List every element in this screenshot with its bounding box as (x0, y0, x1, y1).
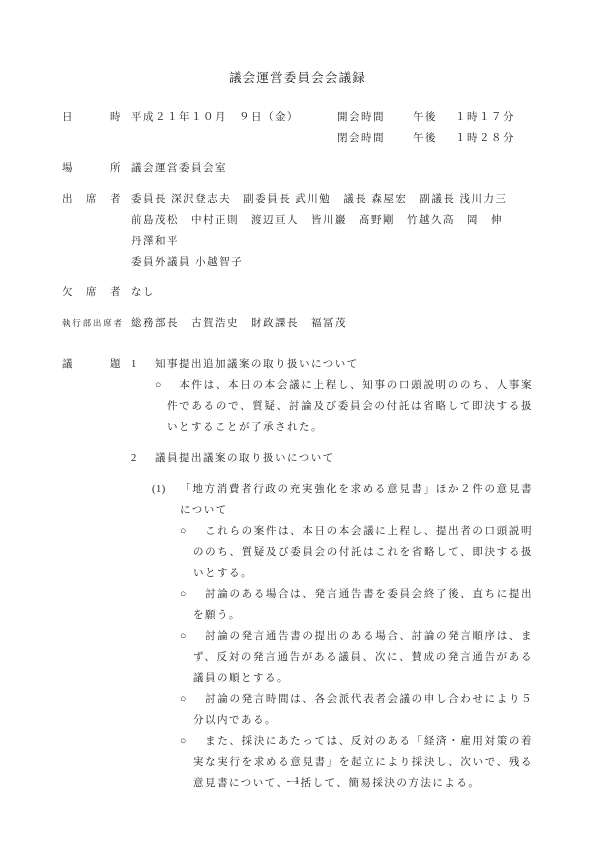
subitem-bullet: ○討論の発言時間は、各会派代表者会議の申し合わせにより５分以内である。 (180, 689, 533, 731)
open-time-label: 開会時間 (337, 107, 385, 128)
executives-label: 執行部出席者 (62, 313, 122, 334)
spacer (131, 438, 533, 448)
bullet-text: 本件は、本日の本会議に上程し、知事の口頭説明ののち、人事案件であるので、質疑、討… (167, 380, 533, 433)
agenda-item-2: 2 議員提出議案の取り扱いについて (1)「地方消費者行政の充実強化を求める意見… (131, 448, 533, 794)
subitem-bullet: ○討論の発言通告書の提出のある場合、討論の発言順序は、まず、反対の発言通告がある… (180, 626, 533, 689)
document-title: 議会運営委員会会議録 (62, 68, 533, 89)
agenda-item-1-head: 1 知事提出追加議案の取り扱いについて (131, 354, 533, 375)
datetime-label: 日時 (62, 107, 122, 128)
close-time-label: 閉会時間 (337, 128, 385, 149)
spacer (131, 469, 533, 479)
agenda-content: 1 知事提出追加議案の取り扱いについて ○本件は、本日の本会議に上程し、知事の口… (131, 354, 533, 794)
page-number: - 1 - (0, 776, 595, 787)
place-value: 議会運営委員会室 (131, 158, 533, 179)
agenda-item-1-bullet: ○本件は、本日の本会議に上程し、知事の口頭説明ののち、人事案件であるので、質疑、… (155, 375, 533, 438)
executives-row: 執行部出席者 総務部長 古賀浩史 財政課長 福冨茂 (62, 313, 533, 334)
document-page: 議会運営委員会会議録 日時 平成２１年１０月 ９日（金） 開会時間 午後 １時１… (0, 0, 595, 842)
circle-bullet-icon: ○ (180, 521, 205, 542)
agenda-item-2-head: 2 議員提出議案の取り扱いについて (131, 448, 533, 469)
absentees-row: 欠席者 なし (62, 282, 533, 303)
attendees-row: 出席者 委員長 深沢登志夫 副委員長 武川勉 議長 森屋宏 副議長 浅川力三 前… (62, 189, 533, 273)
datetime-row: 日時 平成２１年１０月 ９日（金） 開会時間 午後 １時１７分 閉会時間 午後 … (62, 107, 533, 149)
bullet-text: 討論のある場合は、発言通告書を委員会終了後、直ちに提出を願う。 (193, 589, 533, 621)
circle-bullet-icon: ○ (180, 731, 205, 752)
attendees-line: 委員長 深沢登志夫 副委員長 武川勉 議長 森屋宏 副議長 浅川力三 (131, 189, 533, 210)
datetime-line: 平成２１年１０月 ９日（金） 開会時間 午後 １時１７分 閉会時間 午後 １時２… (131, 107, 533, 149)
attendees-line: 丹澤和平 (131, 231, 533, 252)
agenda-subitem-1-head: (1)「地方消費者行政の充実強化を求める意見書」ほか２件の意見書について (152, 479, 533, 521)
meeting-date: 平成２１年１０月 ９日（金） (131, 107, 337, 149)
agenda-subitem-1: (1)「地方消費者行政の充実強化を求める意見書」ほか２件の意見書について ○これ… (131, 479, 533, 794)
bullet-text: 討論の発言通告書の提出のある場合、討論の発言順序は、まず、反対の発言通告がある議… (193, 631, 533, 684)
absentees-label: 欠席者 (62, 282, 122, 303)
circle-bullet-icon: ○ (180, 689, 205, 710)
agenda-item-2-heading: 議員提出議案の取り扱いについて (155, 448, 335, 469)
attendees-label: 出席者 (62, 189, 122, 210)
agenda-item-1-no: 1 (131, 354, 155, 375)
agenda-subitem-1-heading: 「地方消費者行政の充実強化を求める意見書」ほか２件の意見書について (180, 484, 533, 516)
agenda-item-2-no: 2 (131, 448, 155, 469)
close-time-period: 午後 (413, 128, 439, 149)
meeting-times: 開会時間 午後 １時１７分 閉会時間 午後 １時２８分 (337, 107, 515, 149)
place-label: 場所 (62, 158, 122, 179)
close-time-value: １時２８分 (455, 128, 515, 149)
bullet-text: これらの案件は、本日の本会議に上程し、提出者の口頭説明ののち、質疑及び委員会の付… (193, 526, 533, 579)
datetime-content: 平成２１年１０月 ９日（金） 開会時間 午後 １時１７分 閉会時間 午後 １時２… (131, 107, 533, 149)
open-time-row: 開会時間 午後 １時１７分 (337, 107, 515, 128)
agenda-item-1-heading: 知事提出追加議案の取り扱いについて (155, 354, 359, 375)
attendees-line: 前島茂松 中村正則 渡辺亘人 皆川巖 髙野剛 竹越久高 岡 伸 (131, 210, 533, 231)
close-time-row: 閉会時間 午後 １時２８分 (337, 128, 515, 149)
circle-bullet-icon: ○ (180, 626, 205, 647)
circle-bullet-icon: ○ (155, 375, 179, 396)
agenda-section: 議題 1 知事提出追加議案の取り扱いについて ○本件は、本日の本会議に上程し、知… (62, 354, 533, 794)
subitem-bullet: ○討論のある場合は、発言通告書を委員会終了後、直ちに提出を願う。 (180, 584, 533, 626)
circle-bullet-icon: ○ (180, 584, 205, 605)
bullet-text: 討論の発言時間は、各会派代表者会議の申し合わせにより５分以内である。 (193, 694, 533, 726)
attendees-list: 委員長 深沢登志夫 副委員長 武川勉 議長 森屋宏 副議長 浅川力三 前島茂松 … (131, 189, 533, 273)
subitem-bullet: ○これらの案件は、本日の本会議に上程し、提出者の口頭説明ののち、質疑及び委員会の… (180, 521, 533, 584)
absentees-value: なし (131, 282, 533, 303)
agenda-item-1-body: ○本件は、本日の本会議に上程し、知事の口頭説明ののち、人事案件であるので、質疑、… (131, 375, 533, 438)
open-time-period: 午後 (413, 107, 439, 128)
attendees-line: 委員外議員 小越智子 (131, 252, 533, 273)
agenda-subitem-1-no: (1) (152, 479, 180, 500)
agenda-subitem-1-body: ○これらの案件は、本日の本会議に上程し、提出者の口頭説明ののち、質疑及び委員会の… (152, 521, 533, 794)
place-row: 場所 議会運営委員会室 (62, 158, 533, 179)
executives-value: 総務部長 古賀浩史 財政課長 福冨茂 (131, 313, 533, 334)
agenda-label: 議題 (62, 354, 122, 375)
open-time-value: １時１７分 (455, 107, 515, 128)
agenda-item-1: 1 知事提出追加議案の取り扱いについて ○本件は、本日の本会議に上程し、知事の口… (131, 354, 533, 438)
